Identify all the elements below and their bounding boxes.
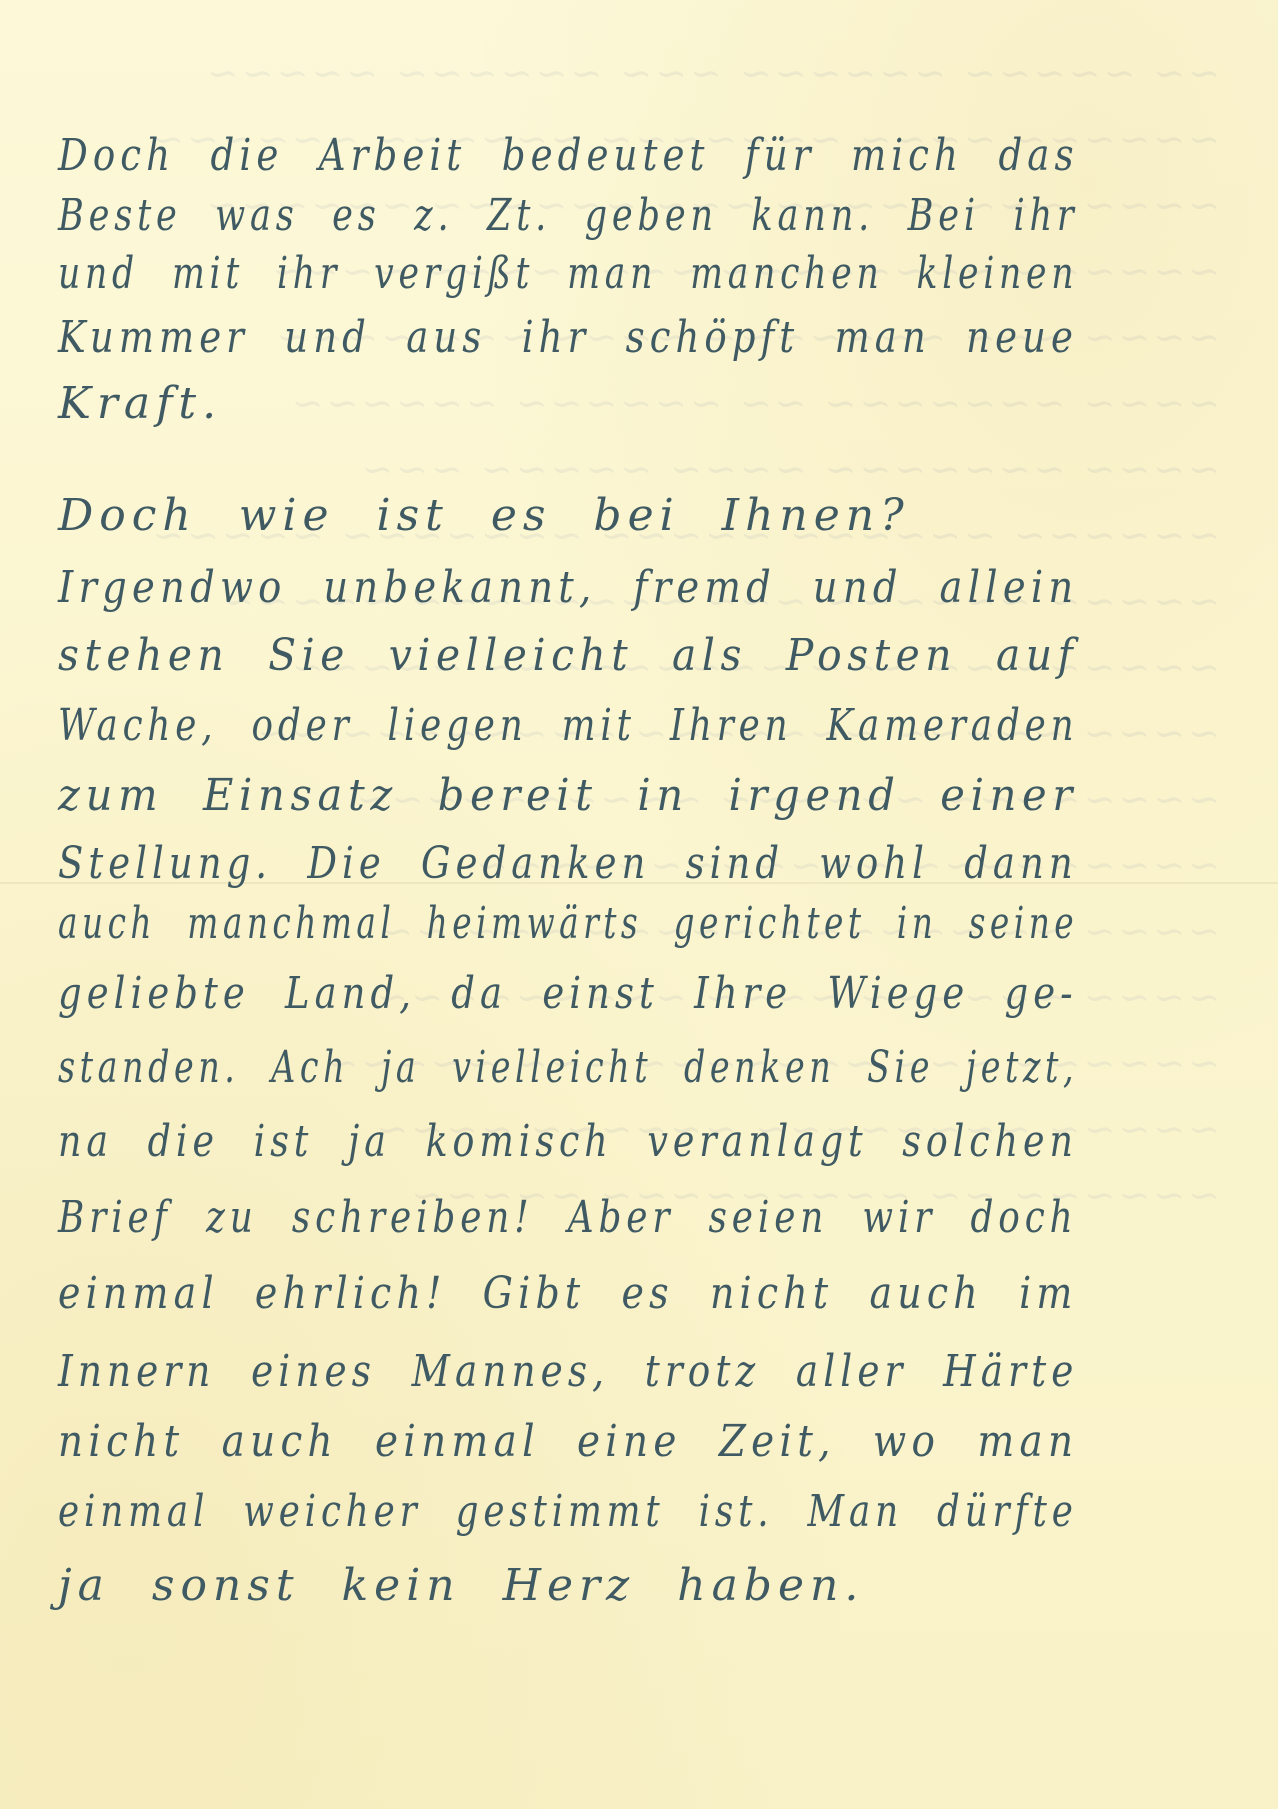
letter-line: Stellung. Die Gedanken sind wohl dann [58, 838, 1078, 889]
letter-line: auch manchmal heimwärts gerichtet in sei… [58, 898, 1078, 949]
letter-page: ~~ ~~~~~ ~~~~~~ ~~~ ~~~~~~ ~~~~~ ~~~~~~ … [0, 0, 1278, 1809]
letter-line: Innern eines Mannes, trotz aller Härte [58, 1346, 1078, 1397]
letter-line: Kummer und aus ihr schöpft man neue [58, 312, 1078, 363]
letter-line: Doch die Arbeit bedeutet für mich das [58, 130, 1079, 181]
letter-line: ja sonst kein Herz haben. [58, 1560, 864, 1611]
letter-line: na die ist ja komisch veranlagt solchen [58, 1116, 1078, 1167]
letter-line: stehen Sie vielleicht als Posten auf [58, 630, 1078, 681]
letter-line: geliebte Land, da einst Ihre Wiege ge- [58, 968, 1078, 1019]
letter-line: Kraft. [58, 378, 222, 429]
letter-line: Irgendwo unbekannt, fremd und allein [58, 562, 1078, 613]
letter-line: Doch wie ist es bei Ihnen? [58, 490, 910, 541]
letter-line: Wache, oder liegen mit Ihren Kameraden [58, 700, 1078, 751]
letter-line: zum Einsatz bereit in irgend einer [58, 770, 1078, 821]
letter-line: einmal weicher gestimmt ist. Man dürfte [58, 1486, 1078, 1537]
letter-line: und mit ihr vergißt man manchen kleinen [58, 248, 1078, 299]
letter-line: nicht auch einmal eine Zeit, wo man [58, 1416, 1078, 1467]
letter-line: einmal ehrlich! Gibt es nicht auch im [58, 1268, 1078, 1319]
letter-line: Brief zu schreiben! Aber seien wir doch [58, 1192, 1078, 1243]
letter-line: Beste was es z. Zt. geben kann. Bei ihr [58, 190, 1079, 241]
letter-line: standen. Ach ja vielleicht denken Sie je… [58, 1042, 1078, 1093]
